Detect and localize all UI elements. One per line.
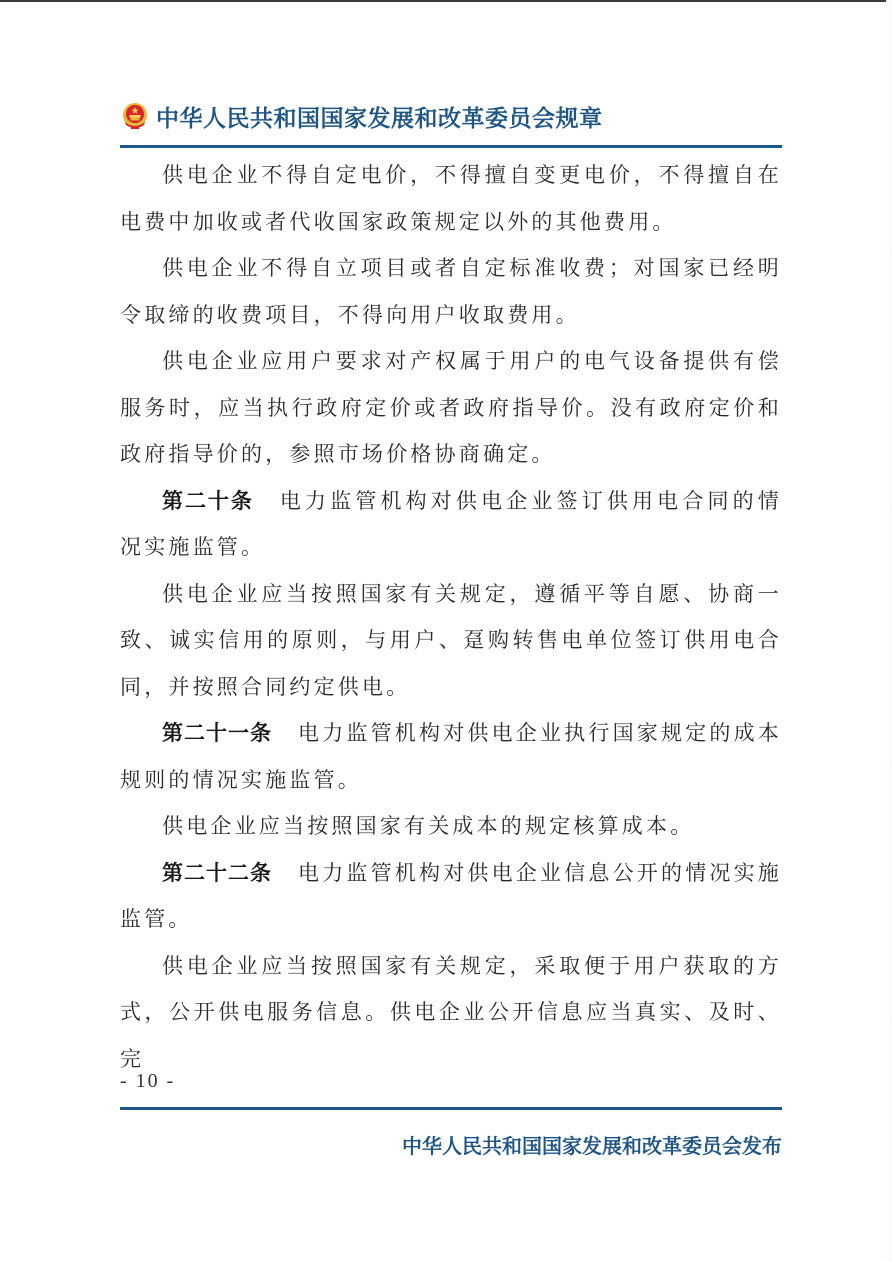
article-number: 第二十条: [162, 489, 254, 513]
document-header: 中华人民共和国国家发展和改革委员会规章: [120, 96, 603, 136]
national-emblem-icon: [120, 101, 150, 131]
page-top-border: [0, 0, 892, 2]
paragraph-text: 供电企业应用户要求对产权属于用户的电气设备提供有偿服务时，应当执行政府定价或者政…: [120, 349, 782, 466]
paragraph: 供电企业应当按照国家有关成本的规定核算成本。: [120, 803, 782, 850]
paragraph: 供电企业应当按照国家有关规定，遵循平等自愿、协商一致、诚实信用的原则，与用户、趸…: [120, 571, 782, 711]
paragraph: 供电企业不得自立项目或者自定标准收费；对国家已经明令取缔的收费项目，不得向用户收…: [120, 245, 782, 338]
paragraph: 供电企业应用户要求对产权属于用户的电气设备提供有偿服务时，应当执行政府定价或者政…: [120, 338, 782, 478]
header-rule: [120, 145, 782, 148]
article-number: 第二十一条: [162, 721, 272, 745]
paragraph-text: 供电企业应当按照国家有关规定，采取便于用户获取的方式，公开供电服务信息。供电企业…: [120, 954, 782, 1071]
paragraph-text: 供电企业应当按照国家有关规定，遵循平等自愿、协商一致、诚实信用的原则，与用户、趸…: [120, 582, 782, 699]
document-body: 供电企业不得自定电价，不得擅自变更电价，不得擅自在电费中加收或者代收国家政策规定…: [120, 152, 782, 1082]
article-paragraph: 第二十条电力监管机构对供电企业签订供用电合同的情况实施监管。: [120, 478, 782, 571]
footer-publisher: 中华人民共和国国家发展和改革委员会发布: [402, 1130, 782, 1159]
article-number: 第二十二条: [162, 861, 272, 885]
header-title: 中华人民共和国国家发展和改革委员会规章: [156, 100, 603, 133]
page-number: - 10 -: [120, 1070, 175, 1093]
paragraph-text: 供电企业应当按照国家有关成本的规定核算成本。: [162, 814, 694, 838]
paragraph-text: 供电企业不得自立项目或者自定标准收费；对国家已经明令取缔的收费项目，不得向用户收…: [120, 256, 782, 327]
article-paragraph: 第二十二条电力监管机构对供电企业信息公开的情况实施监管。: [120, 850, 782, 943]
footer-rule: [120, 1107, 782, 1110]
article-paragraph: 第二十一条电力监管机构对供电企业执行国家规定的成本规则的情况实施监管。: [120, 710, 782, 803]
paragraph-text: 供电企业不得自定电价，不得擅自变更电价，不得擅自在电费中加收或者代收国家政策规定…: [120, 163, 782, 234]
paragraph: 供电企业不得自定电价，不得擅自变更电价，不得擅自在电费中加收或者代收国家政策规定…: [120, 152, 782, 245]
page-right-edge: [886, 0, 892, 1262]
paragraph: 供电企业应当按照国家有关规定，采取便于用户获取的方式，公开供电服务信息。供电企业…: [120, 943, 782, 1083]
